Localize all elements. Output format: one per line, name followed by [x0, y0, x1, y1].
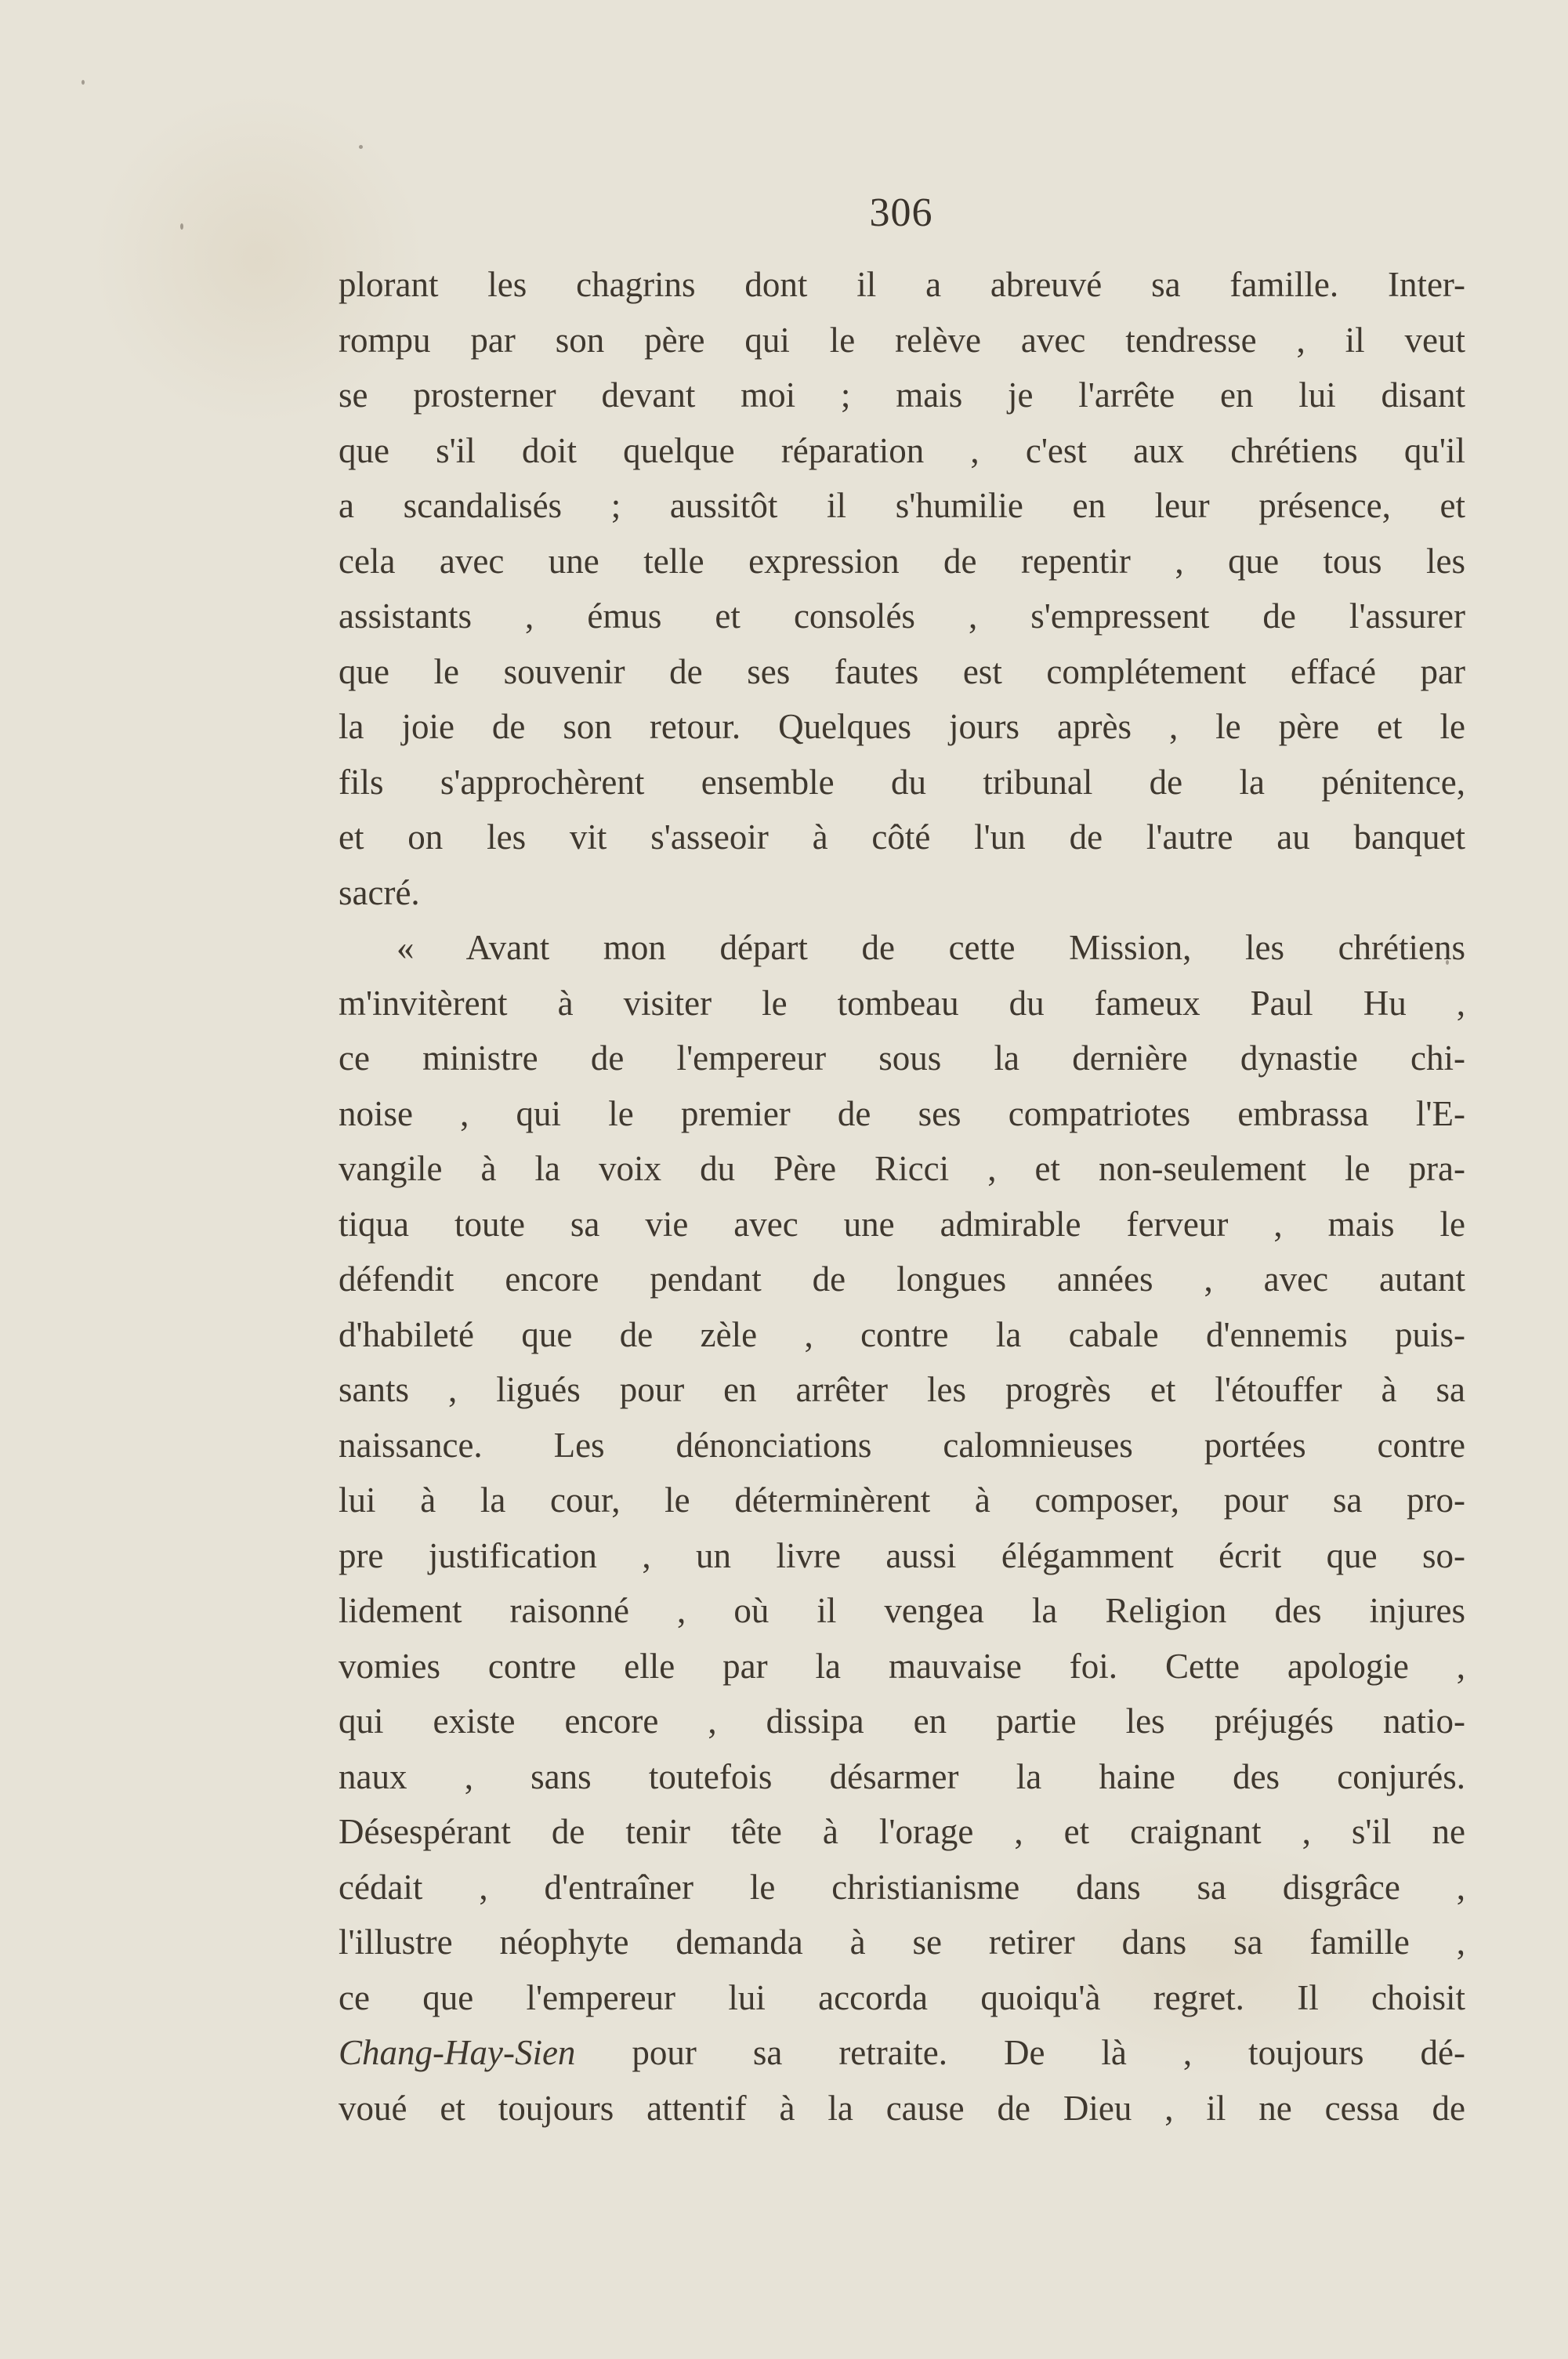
text-line: défendit encore pendant de longues année… — [339, 1252, 1465, 1307]
text-line: la joie de son retour. Quelques jours ap… — [339, 699, 1465, 755]
text-line: tiqua toute sa vie avec une admirable fe… — [339, 1197, 1465, 1252]
text-line: plorant les chagrins dont il a abreuvé s… — [339, 257, 1465, 313]
text-line: que le souvenir de ses fautes est complé… — [339, 644, 1465, 700]
text-line: cédait , d'entraîner le christianisme da… — [339, 1860, 1465, 1915]
text-line: vomies contre elle par la mauvaise foi. … — [339, 1639, 1465, 1694]
text-line: rompu par son père qui le relève avec te… — [339, 313, 1465, 368]
text-line-with-place-name: Chang-Hay-Sien pour sa retraite. De là ,… — [339, 2025, 1465, 2081]
text-line-remainder: pour sa retraite. De là , toujours dé- — [575, 2033, 1465, 2072]
text-line: Désespérant de tenir tête à l'orage , et… — [339, 1804, 1465, 1860]
text-line: fils s'approchèrent ensemble du tribunal… — [339, 755, 1465, 810]
page-number: 306 — [831, 193, 972, 234]
text-line: que s'il doit quelque réparation , c'est… — [339, 423, 1465, 479]
text-line: l'illustre néophyte demanda à se retirer… — [339, 1915, 1465, 1970]
text-line: et on les vit s'asseoir à côté l'un de l… — [339, 810, 1465, 865]
text-line: pre justification , un livre aussi éléga… — [339, 1528, 1465, 1584]
text-line: se prosterner devant moi ; mais je l'arr… — [339, 368, 1465, 423]
paragraph-start-line: « Avant mon départ de cette Mission, les… — [339, 920, 1465, 976]
text-line: naissance. Les dénonciations calomnieuse… — [339, 1418, 1465, 1473]
text-line: lui à la cour, le déterminèrent à compos… — [339, 1473, 1465, 1528]
text-line: vangile à la voix du Père Ricci , et non… — [339, 1141, 1465, 1197]
paragraph-end-line: sacré. — [339, 865, 1465, 921]
text-line: a scandalisés ; aussitôt il s'humilie en… — [339, 478, 1465, 534]
place-name-chang-hay-sien: Chang-Hay-Sien — [339, 2033, 575, 2072]
text-line: d'habileté que de zèle , contre la cabal… — [339, 1307, 1465, 1363]
text-line: sants , ligués pour en arrêter les progr… — [339, 1362, 1465, 1418]
text-line: naux , sans toutefois désarmer la haine … — [339, 1749, 1465, 1805]
text-line: m'invitèrent à visiter le tombeau du fam… — [339, 976, 1465, 1031]
text-line: cela avec une telle expression de repent… — [339, 534, 1465, 589]
body-text: plorant les chagrins dont il a abreuvé s… — [339, 257, 1465, 2136]
text-line: qui existe encore , dissipa en partie le… — [339, 1694, 1465, 1749]
text-line: ce ministre de l'empereur sous la derniè… — [339, 1031, 1465, 1086]
text-line: noise , qui le premier de ses compatriot… — [339, 1086, 1465, 1142]
text-line: assistants , émus et consolés , s'empres… — [339, 589, 1465, 644]
text-line: lidement raisonné , où il vengea la Reli… — [339, 1583, 1465, 1639]
text-line: voué et toujours attentif à la cause de … — [339, 2081, 1465, 2136]
text-line: ce que l'empereur lui accorda quoiqu'à r… — [339, 1970, 1465, 2026]
